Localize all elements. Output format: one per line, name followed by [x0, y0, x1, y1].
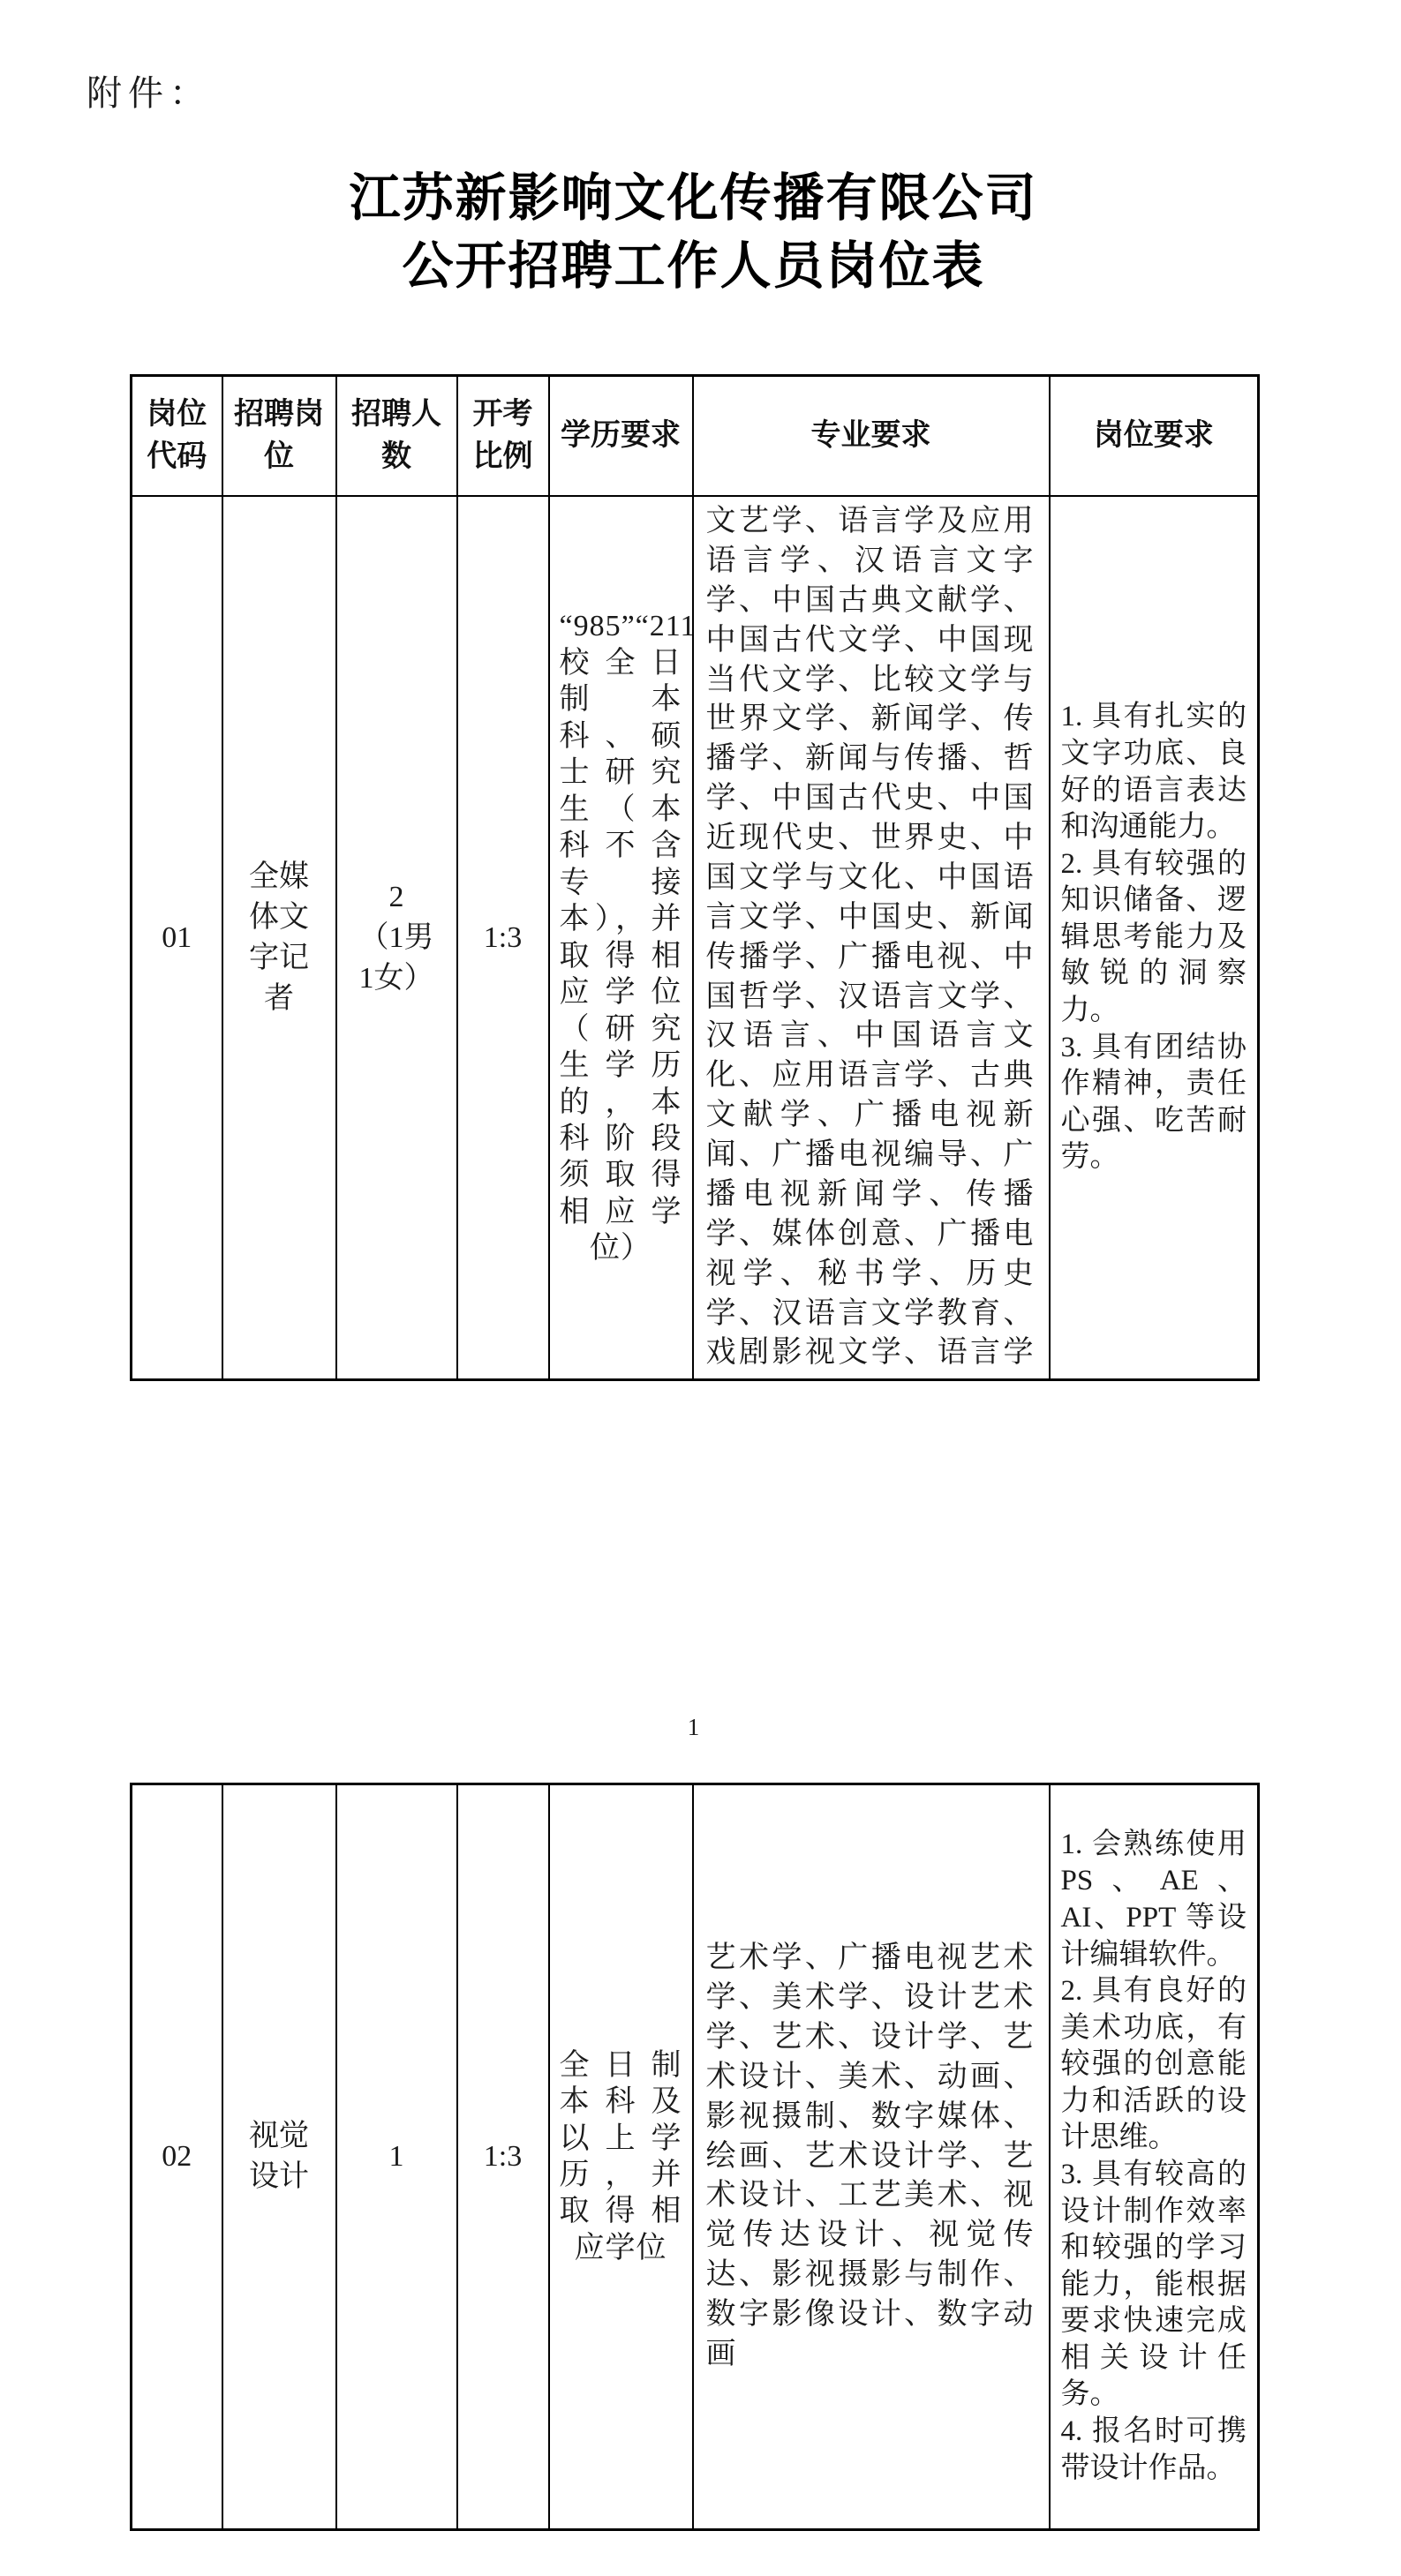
cell-major-requirements: 文艺学、语言学及应用语言学、汉语言文字学、中国古典文献学、中国古代文学、中国现当… [693, 496, 1050, 1380]
header-position-name: 招聘岗位 [222, 376, 336, 497]
cell-position-code: 02 [132, 1784, 222, 2530]
cell-headcount: 2 （1男1女） [336, 496, 457, 1380]
table-header-row: 岗位代码 招聘岗位 招聘人数 开考比例 学历要求 专业要求 岗位要求 [132, 376, 1259, 497]
header-exam-ratio: 开考比例 [457, 376, 549, 497]
title-line-1: 江苏新影响文化传播有限公司 [130, 164, 1257, 232]
table-row-01: 01 全媒体文字记者 2 （1男1女） 1:3 “985”“211”高校全日制本… [132, 496, 1259, 1380]
cell-post-requirements: 1. 会熟练使用 PS、AE、AI、PPT 等设计编辑软件。 2. 具有良好的美… [1050, 1784, 1259, 2530]
cell-education: 全日制本科及以上学历，并取得相应学位 [549, 1784, 693, 2530]
cell-position-code: 01 [132, 496, 222, 1380]
cell-headcount: 1 [336, 1784, 457, 2530]
requirement-item: 1. 会熟练使用 PS、AE、AI、PPT 等设计编辑软件。 [1061, 1827, 1247, 1973]
header-major-requirements: 专业要求 [693, 376, 1050, 497]
header-post-requirements: 岗位要求 [1050, 376, 1259, 497]
positions-table-page-1: 岗位代码 招聘岗位 招聘人数 开考比例 学历要求 专业要求 岗位要求 01 全媒… [130, 374, 1260, 1381]
cell-exam-ratio: 1:3 [457, 496, 549, 1380]
requirement-item: 3. 具有较高的设计制作效率和较强的学习能力，能根据要求快速完成相关设计任务。 [1061, 2157, 1247, 2414]
requirement-item: 1. 具有扎实的文字功底、良好的语言表达和沟通能力。 [1061, 699, 1247, 845]
document-page: 附件： 江苏新影响文化传播有限公司 公开招聘工作人员岗位表 岗位代码 招聘岗位 … [0, 0, 1401, 2576]
page-number: 1 [130, 1714, 1257, 1741]
requirement-item: 2. 具有较强的知识储备、逻辑思考能力及敏锐的洞察力。 [1061, 846, 1247, 1030]
header-education: 学历要求 [549, 376, 693, 497]
requirement-item: 3. 具有团结协作精神，责任心强、吃苦耐劳。 [1061, 1030, 1247, 1176]
attachment-label: 附件： [87, 65, 211, 116]
header-position-code: 岗位代码 [132, 376, 222, 497]
cell-exam-ratio: 1:3 [457, 1784, 549, 2530]
cell-position-name: 视觉设计 [222, 1784, 336, 2530]
table-row-02: 02 视觉设计 1 1:3 全日制本科及以上学历，并取得相应学位 艺术学、广播电… [132, 1784, 1259, 2530]
positions-table-page-2: 02 视觉设计 1 1:3 全日制本科及以上学历，并取得相应学位 艺术学、广播电… [130, 1783, 1260, 2531]
cell-position-name: 全媒体文字记者 [222, 496, 336, 1380]
title-line-2: 公开招聘工作人员岗位表 [130, 232, 1257, 300]
requirement-item: 4. 报名时可携带设计作品。 [1061, 2414, 1247, 2487]
cell-education: “985”“211”高校全日制本科、硕士研究生（本科不含专接本），并取得相应学位… [549, 496, 693, 1380]
header-headcount: 招聘人数 [336, 376, 457, 497]
cell-post-requirements: 1. 具有扎实的文字功底、良好的语言表达和沟通能力。 2. 具有较强的知识储备、… [1050, 496, 1259, 1380]
document-title: 江苏新影响文化传播有限公司 公开招聘工作人员岗位表 [130, 164, 1257, 300]
requirement-item: 2. 具有良好的美术功底，有较强的创意能力和活跃的设计思维。 [1061, 1973, 1247, 2157]
cell-major-requirements: 艺术学、广播电视艺术学、美术学、设计艺术学、艺术、设计学、艺术设计、美术、动画、… [693, 1784, 1050, 2530]
